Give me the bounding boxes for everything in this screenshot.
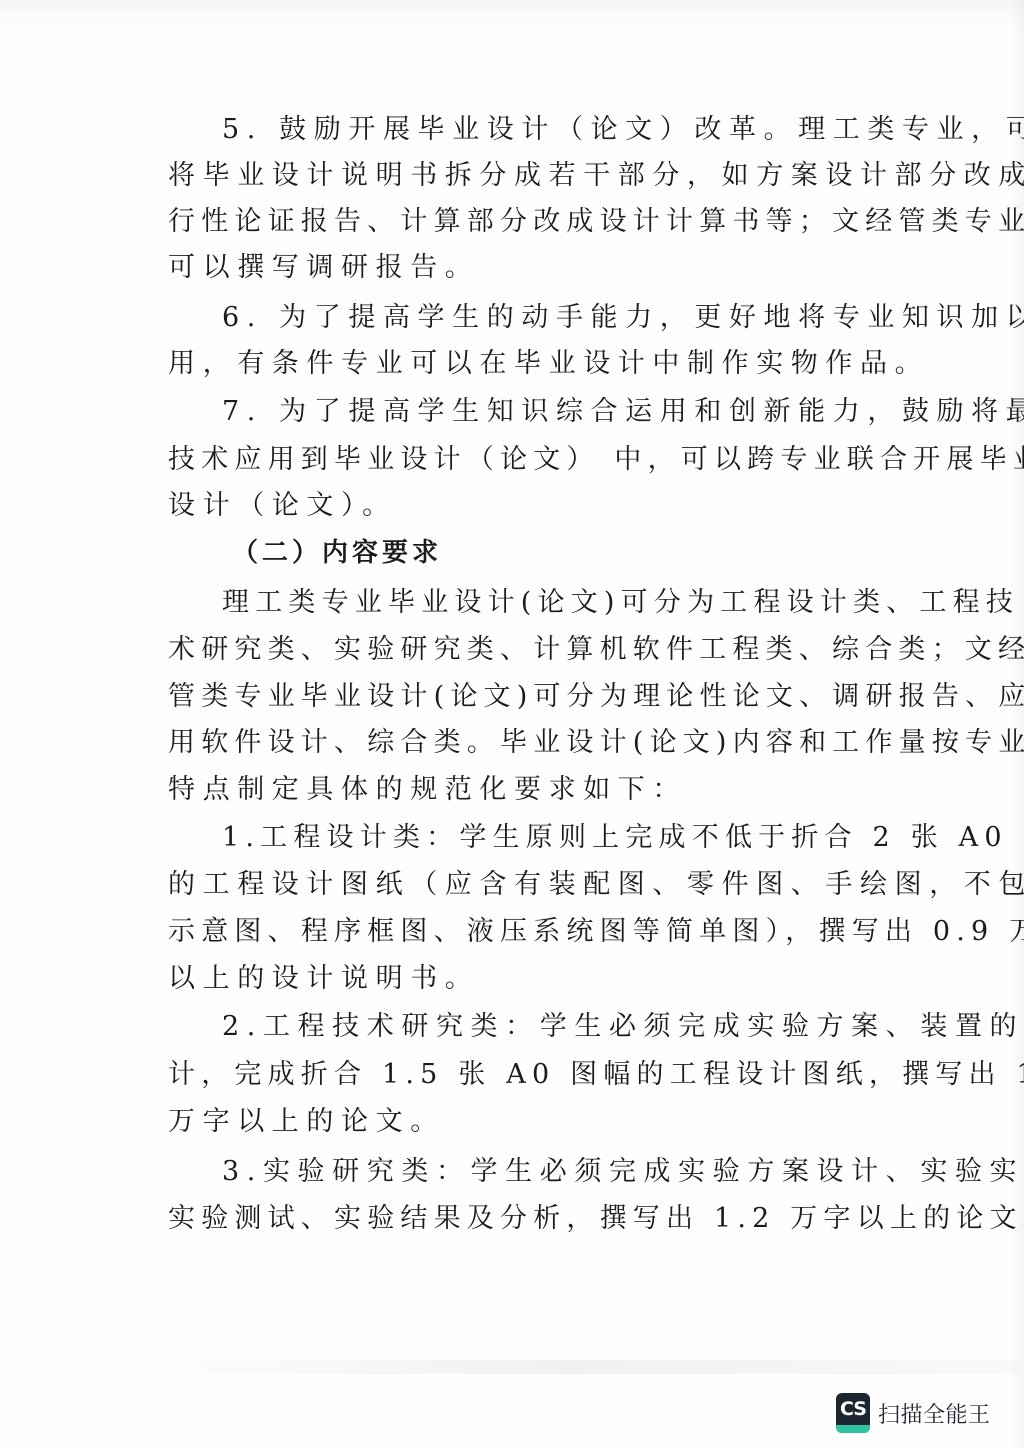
- item-1-line-4: 以上的设计说明书。: [168, 961, 884, 997]
- item-3-line-1: 3.实验研究类：学生必须完成实验方案设计、实验实施、: [168, 1154, 938, 1190]
- watermark-label: 扫描全能王: [878, 1398, 991, 1429]
- para-5-line-2: 将毕业设计说明书拆分成若干部分，如方案设计部分改成可: [168, 158, 884, 194]
- para-7-line-1: 7. 为了提高学生知识综合运用和创新能力，鼓励将最新: [168, 394, 938, 430]
- para-6-line-1: 6. 为了提高学生的动手能力，更好地将专业知识加以应: [168, 300, 938, 336]
- para-5-line-4: 可以撰写调研报告。: [168, 250, 884, 286]
- scanned-page: 5. 鼓励开展毕业设计（论文）改革。理工类专业，可以 将毕业设计说明书拆分成若干…: [0, 0, 1024, 1448]
- para-6-line-2: 用，有条件专业可以在毕业设计中制作实物作品。: [168, 346, 884, 382]
- scan-edge-top: [0, 0, 1024, 30]
- intro-line-3: 管类专业毕业设计(论文)可分为理论性论文、调研报告、应: [168, 679, 884, 715]
- camscanner-watermark: CS 扫描全能王: [836, 1393, 991, 1433]
- item-2-line-2: 计，完成折合 1.5 张 A0 图幅的工程设计图纸，撰写出 1.2: [168, 1057, 884, 1093]
- intro-line-5: 特点制定具体的规范化要求如下：: [168, 772, 884, 808]
- logo-accent-bar: [836, 1425, 870, 1433]
- item-1-line-2: 的工程设计图纸（应含有装配图、零件图、手绘图，不包括: [168, 867, 884, 903]
- item-2-line-3: 万字以上的论文。: [168, 1104, 884, 1140]
- section-heading: （二）内容要求: [168, 535, 948, 571]
- item-1-line-1: 1.工程设计类：学生原则上完成不低于折合 2 张 A0 图幅: [168, 820, 938, 856]
- para-7-line-3: 设计（论文）。: [168, 488, 884, 524]
- item-3-line-2: 实验测试、实验结果及分析，撰写出 1.2 万字以上的论文。: [168, 1201, 884, 1237]
- intro-line-2: 术研究类、实验研究类、计算机软件工程类、综合类；文经: [168, 632, 884, 668]
- item-2-line-1: 2.工程技术研究类：学生必须完成实验方案、装置的设: [168, 1009, 938, 1045]
- para-5-line-1: 5. 鼓励开展毕业设计（论文）改革。理工类专业，可以: [168, 112, 938, 148]
- camscanner-logo-icon: CS: [836, 1393, 870, 1433]
- logo-text: CS: [840, 1398, 866, 1420]
- intro-line-4: 用软件设计、综合类。毕业设计(论文)内容和工作量按专业: [168, 725, 884, 761]
- intro-line-1: 理工类专业毕业设计(论文)可分为工程设计类、工程技: [168, 585, 938, 621]
- item-1-line-3: 示意图、程序框图、液压系统图等简单图），撰写出 0.9 万字: [168, 914, 884, 950]
- bleed-through-shadow: [120, 1360, 1020, 1374]
- para-5-line-3: 行性论证报告、计算部分改成设计计算书等；文经管类专业，: [168, 204, 884, 240]
- para-7-line-2: 技术应用到毕业设计（论文） 中，可以跨专业联合开展毕业: [168, 442, 884, 478]
